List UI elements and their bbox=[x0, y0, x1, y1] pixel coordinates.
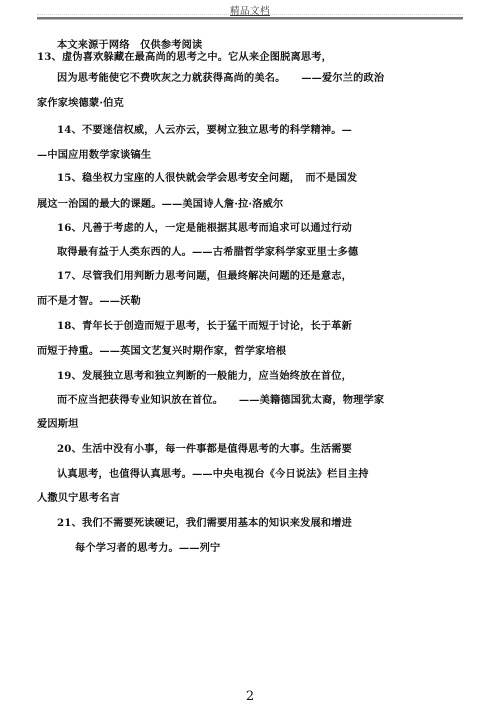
quote-20-line-2: 认真思考，也值得认真思考。——中央电视台《今日说法》栏目主持 bbox=[57, 468, 369, 480]
quote-21-line-2: 每个学习者的思考力。——列宁 bbox=[75, 542, 220, 554]
quote-17-line-2: 而不是才智。——沃勒 bbox=[37, 295, 141, 307]
quote-16-line-1: 16、凡善于考虑的人，一定是能根据其思考而追求可以通过行动 bbox=[57, 222, 352, 234]
quote-18-line-1: 18、青年长于创造而短于思考，长于猛干而短于讨论，长于革新 bbox=[57, 320, 352, 332]
quote-14-line-1: 14、不要迷信权威，人云亦云，要树立独立思考的科学精神。— bbox=[57, 124, 352, 136]
quote-13-line-3: 家作家埃德蒙·伯克 bbox=[37, 97, 124, 109]
quote-18-line-2: 而短于持重。——英国文艺复兴时期作家，哲学家培根 bbox=[37, 345, 286, 357]
header-title: 精品文档 bbox=[37, 3, 463, 17]
quote-14-line-2: —中国应用数学家谈镐生 bbox=[37, 149, 151, 161]
quote-20-line-3: 人撒贝宁思考名言 bbox=[37, 492, 120, 504]
page-number: 2 bbox=[0, 689, 500, 704]
quote-19-line-1: 19、发展独立思考和独立判断的一般能力，应当始终放在首位， bbox=[57, 370, 352, 382]
quote-20-line-1: 20、生活中没有小事，每一件事都是值得思考的大事。生活需要 bbox=[57, 443, 352, 455]
quote-13-line-1: 13、虚伪喜欢躲藏在最高尚的思考之中。它从来企图脱离思考， bbox=[37, 51, 332, 63]
header-rule bbox=[37, 17, 463, 20]
page-header: 精品文档 bbox=[37, 0, 463, 19]
quote-16-line-2: 取得最有益于人类东西的人。——古希腊哲学家科学家亚里士多德 bbox=[57, 246, 358, 258]
quote-19-line-3: 爱因斯坦 bbox=[37, 418, 79, 430]
source-note-line: 本文来源于网络 仅供参考阅读 bbox=[57, 39, 202, 51]
quote-15-line-2: 展这一治国的最大的课题。——美国诗人詹·拉·洛威尔 bbox=[37, 198, 283, 210]
quote-19-line-2: 而不应当把获得专业知识放在首位。 ——美籍德国犹太裔，物理学家 bbox=[57, 394, 384, 406]
quote-15-line-1: 15、稳坐权力宝座的人很快就会学会思考安全问题， 而不是国发 bbox=[57, 172, 357, 184]
quote-17-line-1: 17、尽管我们用判断力思考问题，但最终解决问题的还是意志， bbox=[57, 270, 352, 282]
quote-21-line-1: 21、我们不需要死读硬记，我们需要用基本的知识来发展和增进 bbox=[57, 517, 352, 529]
quote-13-line-2: 因为思考能使它不费吹灰之力就获得高尚的美名。 ——爱尔兰的政治 bbox=[57, 72, 384, 84]
